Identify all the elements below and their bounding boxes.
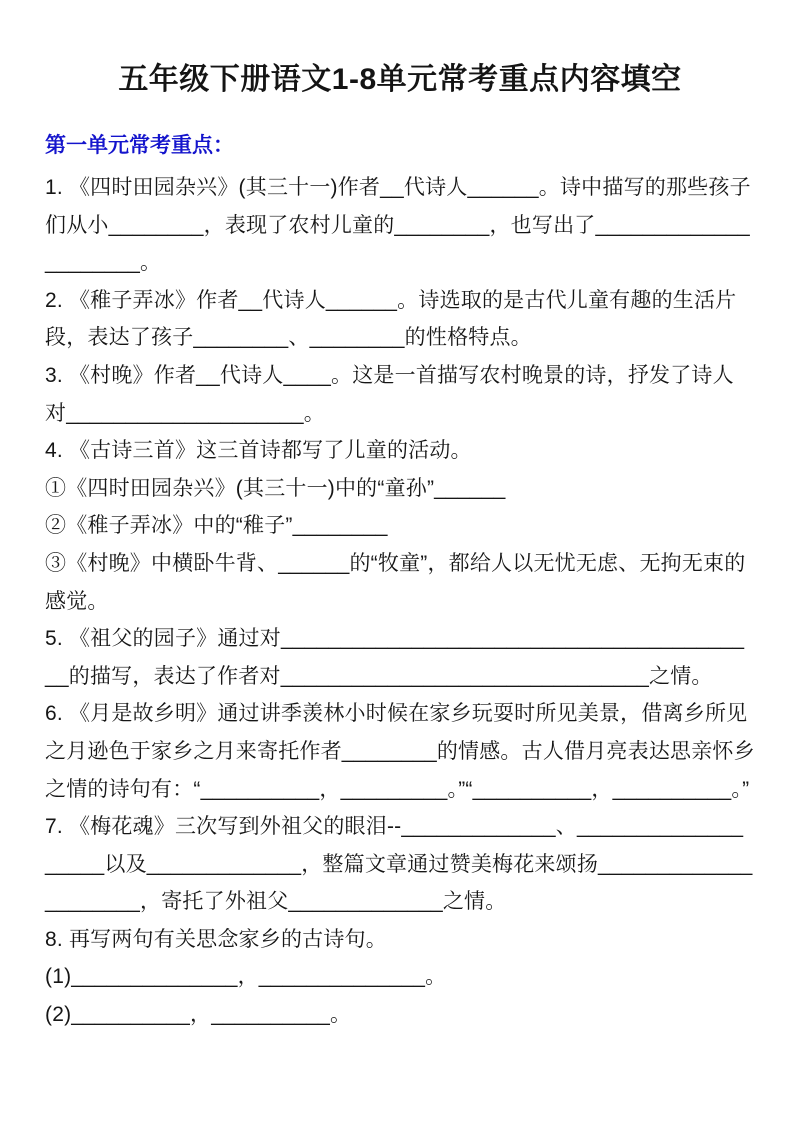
question-4-sub-2: ②《稚子弄冰》中的“稚子”________ [45,507,755,545]
question-1: 1. 《四时田园杂兴》(其三十一)作者__代诗人______。诗中描写的那些孩子… [45,169,755,282]
question-3: 3. 《村晚》作者__代诗人____。这是一首描写农村晚景的诗，抒发了诗人对__… [45,357,755,432]
question-7: 7. 《梅花魂》三次写到外祖父的眼泪--_____________、______… [45,808,755,921]
question-5: 5. 《祖父的园子》通过对___________________________… [45,620,755,695]
question-8: 8. 再写两句有关思念家乡的古诗句。 [45,921,755,959]
question-2: 2. 《稚子弄冰》作者__代诗人______。诗选取的是古代儿童有趣的生活片段，… [45,282,755,357]
worksheet-page: 五年级下册语文1-8单元常考重点内容填空 第一单元常考重点： 1. 《四时田园杂… [0,0,793,1121]
question-8-answer-2: (2)__________，__________。 [45,996,755,1034]
question-6: 6. 《月是故乡明》通过讲季羡林小时候在家乡玩耍时所见美景，借离乡所见之月逊色于… [45,695,755,808]
question-4-sub-1: ①《四时田园杂兴》(其三十一)中的“童孙”______ [45,470,755,508]
question-8-answer-1: (1)______________，______________。 [45,958,755,996]
question-4: 4. 《古诗三首》这三首诗都写了儿童的活动。 [45,432,755,470]
document-body: 1. 《四时田园杂兴》(其三十一)作者__代诗人______。诗中描写的那些孩子… [45,169,755,1034]
question-4-sub-3: ③《村晚》中横卧牛背、______的“牧童”，都给人以无忧无虑、无拘无束的感觉。 [45,545,755,620]
page-title: 五年级下册语文1-8单元常考重点内容填空 [45,60,755,100]
section-heading: 第一单元常考重点： [45,132,755,159]
